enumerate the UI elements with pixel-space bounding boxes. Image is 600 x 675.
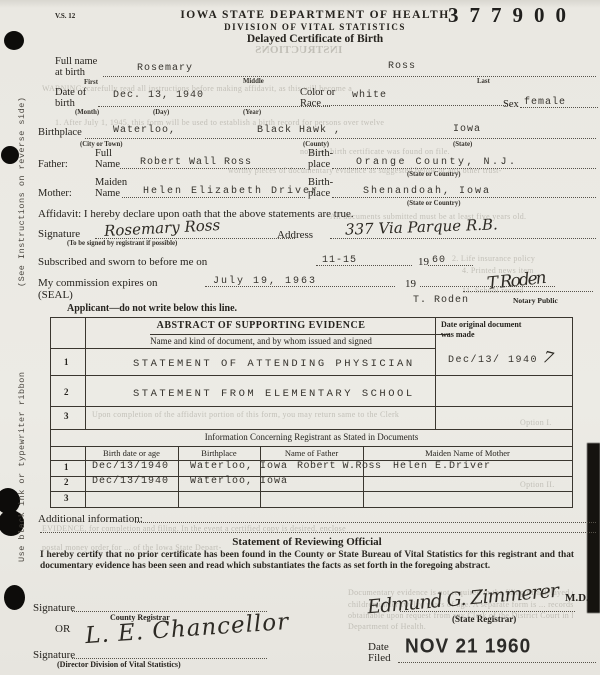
director-caption: (Director Division of Vital Statistics) [57, 660, 181, 669]
info-row-number: 2 [64, 477, 69, 487]
signature-note: (To be signed by registrant if possible) [67, 240, 177, 247]
agency-name: IOWA STATE DEPARTMENT OF HEALTH [150, 9, 480, 21]
birthplace-county-value: Black Hawk , [257, 125, 341, 136]
abstract-row-number: 1 [64, 357, 69, 367]
date-of-birth-label: Date of [55, 87, 86, 98]
bleedthrough-text: 2. Life insurance policy [452, 254, 592, 263]
bleedthrough-text: Option II. [520, 480, 570, 489]
address-label: Address [277, 229, 313, 241]
month-caption: (Month) [75, 109, 99, 116]
year-caption: (Year) [243, 109, 261, 116]
mother-birthplace-value: Shenandoah, Iowa [363, 186, 491, 197]
commission-year-prefix: 19 [405, 278, 416, 290]
division-name: DIVISION OF VITAL STATISTICS [150, 22, 480, 32]
sex-label: Sex [503, 99, 519, 110]
father-birthplace-caption: (State or Country) [407, 171, 461, 178]
applicant-note: Applicant—do not write below this line. [67, 303, 237, 314]
state-registrar-caption: (State Registrar) [452, 614, 516, 624]
mother-role-label: Mother: [38, 188, 72, 199]
certificate-number-stamp: 377900 [448, 3, 577, 28]
state-registrar-suffix: M.D. [565, 592, 589, 604]
mother-birthplace-label: Birth- [308, 177, 333, 188]
or-label: OR [55, 623, 70, 635]
last-name-value: Ross [388, 61, 416, 72]
county-caption: (County) [303, 141, 329, 148]
sworn-label: Subscribed and sworn to before me on [38, 256, 207, 268]
notary-name: T. Roden [413, 295, 469, 306]
mother-birthplace-caption: (State or Country) [407, 200, 461, 207]
sworn-year-prefix: 19 [418, 256, 429, 268]
race-value: white [352, 90, 387, 101]
abstract-subtitle: Name and kind of document, and by whom i… [87, 336, 435, 346]
father-name-label: Name [95, 159, 120, 170]
mother-name-qualifier: Maiden [95, 177, 127, 188]
hole-punch [4, 585, 25, 610]
bleedthrough-text: Upon completion of the affidavit portion… [92, 410, 562, 419]
state-caption: (State) [453, 141, 472, 148]
mother-name-value: Helen Elizabeth Driver [143, 186, 319, 197]
form-number: V.S. 12 [55, 12, 75, 20]
last-caption: Last [477, 78, 490, 85]
info-row-birth-date: Dec/13/1940 [92, 476, 169, 487]
info-row-number: 3 [64, 493, 69, 503]
reviewing-official-title: Statement of Reviewing Official [40, 536, 574, 548]
bleedthrough-text: INSTRUCTIONS [255, 44, 342, 56]
mother-name-label: Name [95, 188, 120, 199]
bleedthrough-text: Option I. [520, 418, 570, 427]
signature-label: Signature [38, 228, 80, 240]
info-row-birthplace: Waterloo, Iowa [190, 476, 288, 487]
info-row-mother: Helen E.Driver [393, 461, 491, 472]
date-of-birth-label: birth [55, 98, 75, 109]
hole-punch [4, 31, 24, 50]
date-filed-stamp: NOV 21 1960 [405, 635, 531, 658]
scanned-certificate-sheet: INSTRUCTIONS WARNING: carefully read all… [0, 0, 600, 675]
abstract-date-header: was made [441, 330, 475, 339]
info-row-birthplace: Waterloo, Iowa [190, 461, 288, 472]
info-col-header-father: Name of Father [260, 448, 363, 458]
father-name-qualifier: Full [95, 148, 112, 159]
notary-title: Notary Public [513, 296, 558, 305]
abstract-row-document: STATEMENT OF ATTENDING PHYSICIAN [133, 358, 415, 370]
info-row-father: Robert W.Ross [297, 461, 382, 472]
abstract-row-document: STATEMENT FROM ELEMENTARY SCHOOL [133, 388, 415, 400]
seal-label: (SEAL) [38, 289, 73, 301]
commission-label: My commission expires on [38, 277, 157, 289]
abstract-row-number: 2 [64, 387, 69, 397]
scan-edge-shadow [587, 443, 600, 613]
father-birthplace-label: place [308, 159, 330, 170]
info-row-birth-date: Dec/13/1940 [92, 461, 169, 472]
margin-note-ink: Use black ink or typewriter ribbon [17, 372, 27, 562]
first-caption: First [84, 79, 98, 86]
abstract-row-annotation-handwriting: 7 [541, 347, 555, 368]
info-col-header-birthplace: Birthplace [178, 448, 260, 458]
full-name-label: Full name [55, 56, 97, 67]
birthplace-label: Birthplace [38, 127, 82, 138]
day-caption: (Day) [153, 109, 169, 116]
father-birthplace-label: Birth- [308, 148, 333, 159]
info-col-header-birth-date: Birth date or age [85, 448, 178, 458]
full-name-label: at birth [55, 67, 85, 78]
middle-caption: Middle [243, 78, 264, 85]
date-filed-label: Filed [368, 652, 391, 664]
bleedthrough-text: no prior birth certificate was found on … [300, 147, 590, 156]
info-table-title: Information Concerning Registrant as Sta… [50, 432, 573, 442]
color-or-race-label: Color or [300, 87, 335, 98]
certificate-title: Delayed Certificate of Birth [150, 33, 480, 45]
father-name-value: Robert Wall Ross [140, 157, 252, 168]
city-caption: (City or Town) [80, 141, 123, 148]
birthplace-state-value: Iowa [453, 124, 481, 135]
abstract-row-date: Dec/13/ 1940 [448, 355, 538, 366]
reviewing-official-certification: I hereby certify that no prior certifica… [40, 550, 574, 573]
additional-information-label: Additional information: [38, 513, 143, 525]
county-signature-label: Signature [33, 602, 75, 614]
mother-birthplace-label: place [308, 188, 330, 199]
father-role-label: Father: [38, 159, 68, 170]
father-birthplace-value: Orange County, N.J. [356, 157, 518, 168]
margin-note-instructions: (See Instructions on reverse side) [17, 97, 27, 287]
abstract-title: ABSTRACT OF SUPPORTING EVIDENCE [87, 320, 435, 331]
info-row-number: 1 [64, 462, 69, 472]
first-name-value: Rosemary [137, 63, 193, 74]
birthplace-city-value: Waterloo, [113, 125, 176, 136]
color-or-race-label: Race [300, 98, 321, 109]
date-of-birth-value: Dec. 13, 1940 [113, 90, 204, 101]
info-col-header-mother: Maiden Name of Mother [363, 448, 572, 458]
abstract-row-number: 3 [64, 411, 69, 421]
abstract-date-header: Date original document [441, 320, 521, 329]
